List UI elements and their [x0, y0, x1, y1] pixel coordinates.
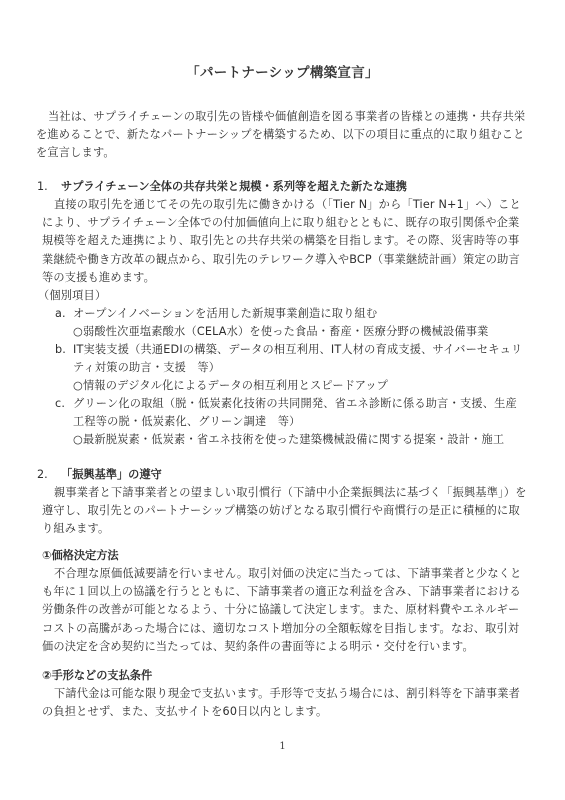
section-2-number: 2.	[37, 466, 61, 484]
list-item-detail: ○情報のデジタル化によるデータの相互利用とスピードアップ	[73, 377, 528, 395]
individual-items-label: （個別項目）	[38, 287, 106, 305]
list-item-b: b. IT実装支援（共通EDIの構築、データの相互利用、IT人材の育成支援、サイ…	[55, 341, 528, 396]
intro-paragraph: 当社は、サプライチェーンの取引先の皆様や価値創造を図る事業者の皆様との連携・共存…	[36, 108, 528, 163]
section-2-body: 親事業者と下請事業者との望ましい取引慣行（下請中小企業振興法に基づく「振興基準」…	[42, 484, 528, 539]
section-1-body: 直接の取引先を通じてその先の取引先に働きかける（「Tier N」から「Tier …	[42, 196, 528, 287]
list-item-detail: ○弱酸性次亜塩素酸水（CELA水）を使った食品・畜産・医療分野の機械設備事業	[73, 323, 528, 341]
list-item-text: オープンイノベーションを活用した新規事業創造に取り組む	[73, 305, 528, 323]
section-1-heading: 1.サプライチェーン全体の共存共栄と規模・系列等を超えた新たな連携	[37, 178, 407, 196]
list-item-text: グリーン化の取組（脱・低炭素化技術の共同開発、省エネ診断に係る助言・支援、生産工…	[73, 395, 528, 431]
page-number: 1	[0, 741, 565, 752]
list-item-c: c. グリーン化の取組（脱・低炭素化技術の共同開発、省エネ診断に係る助言・支援、…	[55, 395, 528, 450]
list-item-a: a. オープンイノベーションを活用した新規事業創造に取り組む ○弱酸性次亜塩素酸…	[55, 305, 528, 341]
list-item-text: IT実装支援（共通EDIの構築、データの相互利用、IT人材の育成支援、サイバーセ…	[73, 341, 528, 377]
list-marker: b.	[55, 341, 66, 359]
section-1-number: 1.	[37, 178, 61, 196]
subsection-payment-heading: ②手形などの支払条件	[42, 667, 152, 685]
list-item-detail: ○最新脱炭素・低炭素・省エネ技術を使った建築機械設備に関する提案・設計・施工	[73, 431, 528, 449]
subsection-payment-body: 下請代金は可能な限り現金で支払います。手形等で支払う場合には、割引料等を下請事業…	[42, 685, 528, 721]
section-1-heading-text: サプライチェーン全体の共存共栄と規模・系列等を超えた新たな連携	[61, 180, 407, 193]
subsection-price-heading: ①価格決定方法	[42, 547, 119, 565]
subsection-price-body: 不合理な原価低減要請を行いません。取引対価の決定に当たっては、下請事業者と少なく…	[42, 565, 528, 656]
section-2-heading: 2.「振興基準」の遵守	[37, 466, 162, 484]
document-title: 「パートナーシップ構築宣言」	[0, 61, 565, 81]
section-2-heading-text: 「振興基準」の遵守	[61, 468, 162, 481]
document-page: 「パートナーシップ構築宣言」 当社は、サプライチェーンの取引先の皆様や価値創造を…	[0, 0, 565, 800]
list-marker: c.	[55, 395, 65, 413]
list-marker: a.	[55, 305, 66, 323]
